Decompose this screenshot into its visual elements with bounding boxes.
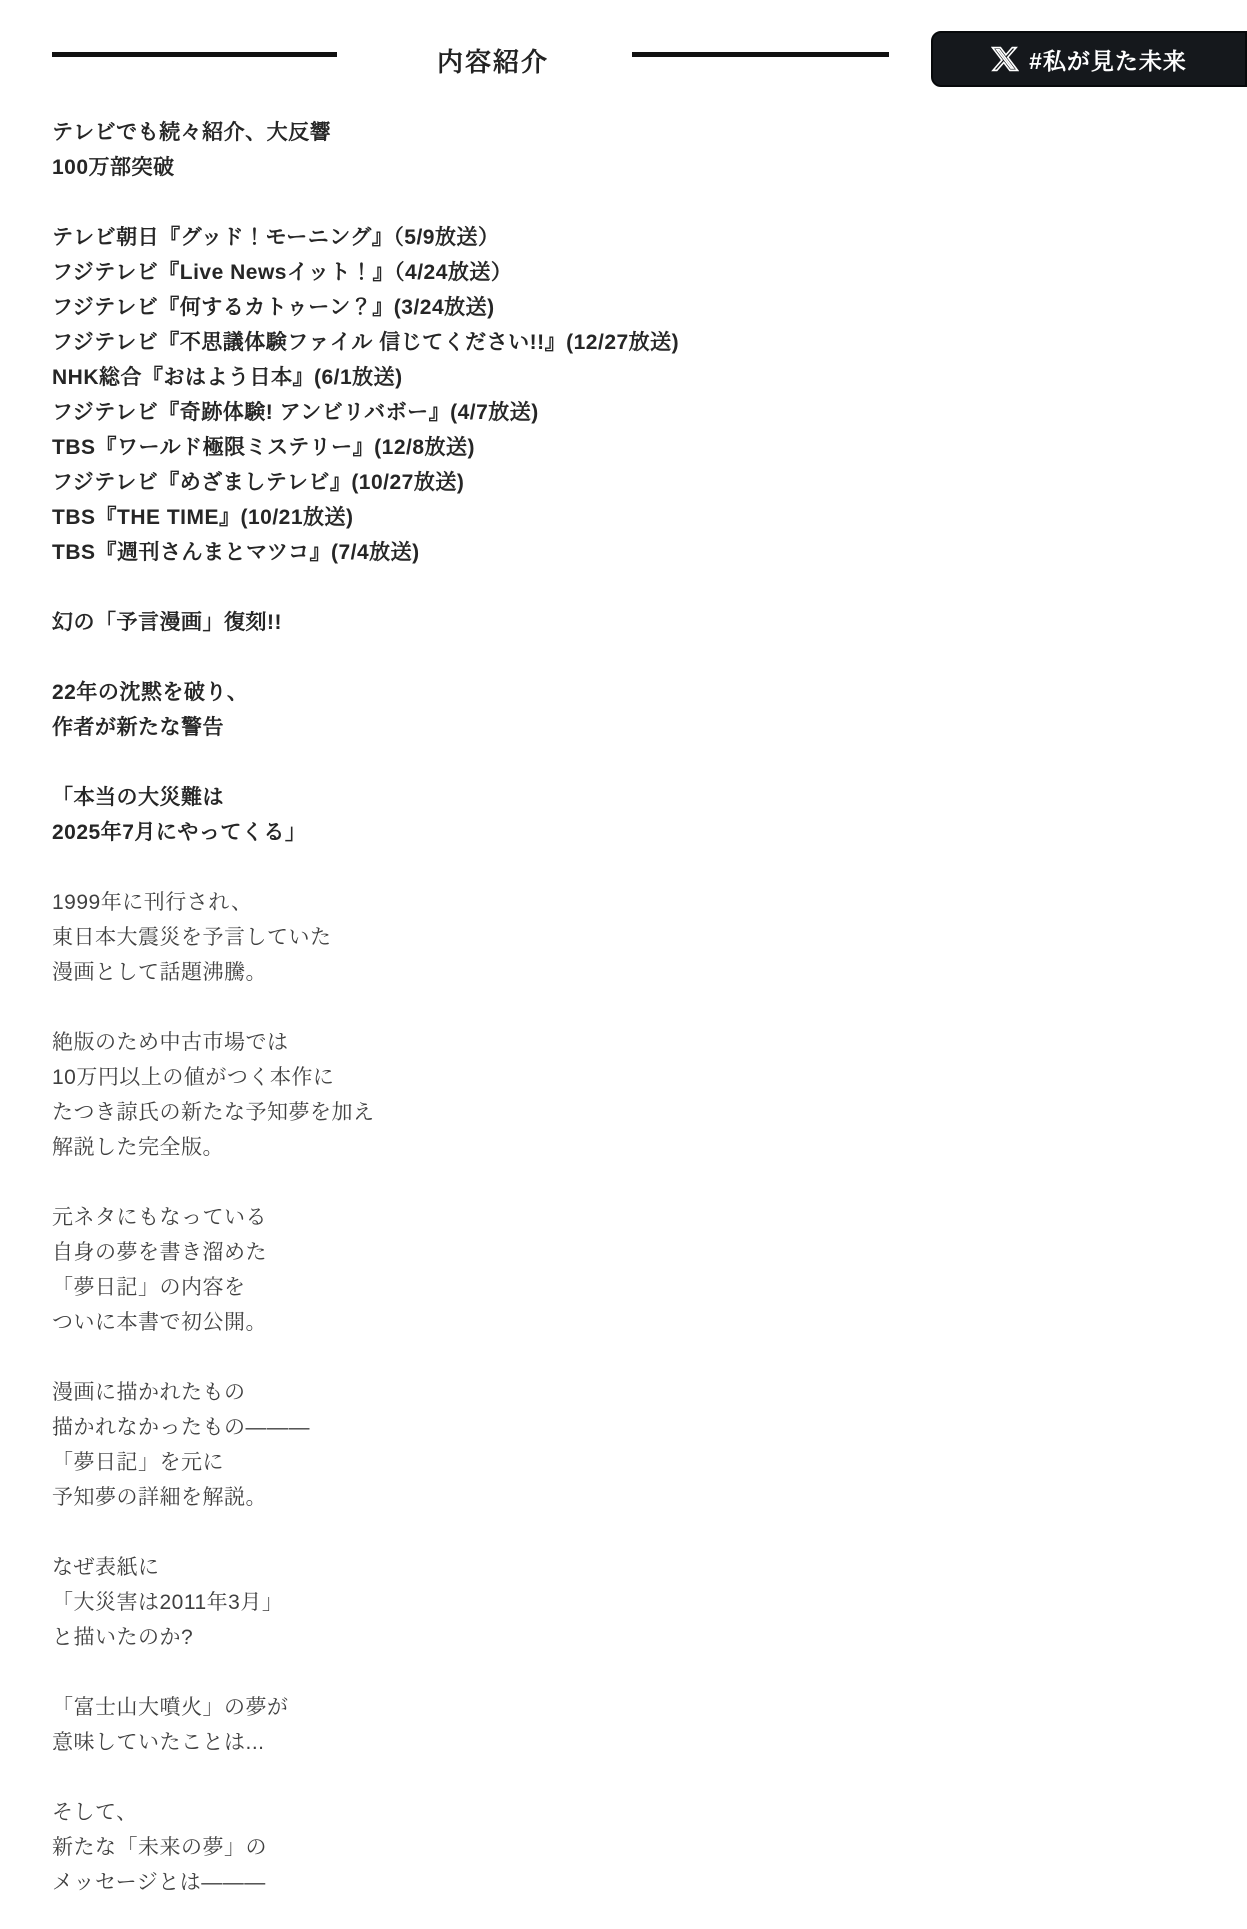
text-line: 作者が新たな警告 — [52, 710, 1247, 745]
text-line: テレビ朝日『グッド！モーニング』（5/9放送） — [52, 220, 1247, 255]
text-line: たつき諒氏の新たな予知夢を加え — [52, 1095, 1247, 1130]
hashtag-badge-button[interactable]: #私が見た未来 — [931, 31, 1247, 87]
text-line: と描いたのか? — [52, 1620, 1247, 1655]
text-line: フジテレビ『何するカトゥーン？』(3/24放送) — [52, 290, 1247, 325]
text-line: 幻の「予言漫画」復刻!! — [52, 605, 1247, 640]
text-line: ついに本書で初公開。 — [52, 1305, 1247, 1340]
text-line: 22年の沈黙を破り、 — [52, 675, 1247, 710]
paragraph: 元ネタにもなっている自身の夢を書き溜めた「夢日記」の内容をついに本書で初公開。 — [52, 1200, 1247, 1340]
text-line: 「本当の大災難は — [52, 780, 1247, 815]
content-paragraphs: テレビでも続々紹介、大反響100万部突破テレビ朝日『グッド！モーニング』（5/9… — [0, 115, 1247, 1929]
text-line: 「夢日記」を元に — [52, 1445, 1247, 1480]
text-line: 予知夢の詳細を解説。 — [52, 1480, 1247, 1515]
paragraph: 22年の沈黙を破り、作者が新たな警告 — [52, 675, 1247, 745]
x-logo-icon — [991, 45, 1019, 73]
text-line: 解説した完全版。 — [52, 1130, 1247, 1165]
header-rule-left — [52, 52, 337, 57]
text-line: 絶版のため中古市場では — [52, 1025, 1247, 1060]
page: 内容紹介 #私が見た未来 テレビでも続々紹介、大反響100万部突破テレビ朝日『グ… — [0, 0, 1247, 1929]
paragraph: なぜ表紙に「大災害は2011年3月」と描いたのか? — [52, 1550, 1247, 1655]
paragraph: 1999年に刊行され、東日本大震災を予言していた漫画として話題沸騰。 — [52, 885, 1247, 990]
header-rule-right — [632, 52, 889, 57]
text-line: TBS『ワールド極限ミステリー』(12/8放送) — [52, 430, 1247, 465]
paragraph: 漫画に描かれたもの描かれなかったもの―――「夢日記」を元に予知夢の詳細を解説。 — [52, 1375, 1247, 1515]
text-line: TBS『週刊さんまとマツコ』(7/4放送) — [52, 535, 1247, 570]
page-title: 内容紹介 — [437, 42, 549, 79]
text-line: 意味していたことは... — [52, 1725, 1247, 1760]
text-line: 10万円以上の値がつく本作に — [52, 1060, 1247, 1095]
text-line: なぜ表紙に — [52, 1550, 1247, 1585]
text-line: 「大災害は2011年3月」 — [52, 1585, 1247, 1620]
text-line: 1999年に刊行され、 — [52, 885, 1247, 920]
text-line: メッセージとは――― — [52, 1865, 1247, 1900]
text-line: 漫画に描かれたもの — [52, 1375, 1247, 1410]
hashtag-badge-label: #私が見た未来 — [1029, 43, 1187, 76]
paragraph: 絶版のため中古市場では10万円以上の値がつく本作にたつき諒氏の新たな予知夢を加え… — [52, 1025, 1247, 1165]
text-line: フジテレビ『めざましテレビ』(10/27放送) — [52, 465, 1247, 500]
paragraph: 幻の「予言漫画」復刻!! — [52, 605, 1247, 640]
text-line: テレビでも続々紹介、大反響 — [52, 115, 1247, 150]
text-line: フジテレビ『Live Newsイット！』（4/24放送） — [52, 255, 1247, 290]
paragraph: テレビでも続々紹介、大反響100万部突破 — [52, 115, 1247, 185]
text-line: 東日本大震災を予言していた — [52, 920, 1247, 955]
paragraph: 「本当の大災難は2025年7月にやってくる」 — [52, 780, 1247, 850]
text-line: 新たな「未来の夢」の — [52, 1830, 1247, 1865]
text-line: 2025年7月にやってくる」 — [52, 815, 1247, 850]
text-line: フジテレビ『不思議体験ファイル 信じてください!!』(12/27放送) — [52, 325, 1247, 360]
paragraph: そして、新たな「未来の夢」のメッセージとは――― — [52, 1795, 1247, 1900]
text-line: TBS『THE TIME』(10/21放送) — [52, 500, 1247, 535]
paragraph: テレビ朝日『グッド！モーニング』（5/9放送）フジテレビ『Live Newsイッ… — [52, 220, 1247, 570]
text-line: フジテレビ『奇跡体験! アンビリバボー』(4/7放送) — [52, 395, 1247, 430]
text-line: NHK総合『おはよう日本』(6/1放送) — [52, 360, 1247, 395]
text-line: 漫画として話題沸騰。 — [52, 955, 1247, 990]
section-header: 内容紹介 #私が見た未来 — [0, 0, 1247, 115]
text-line: そして、 — [52, 1795, 1247, 1830]
text-line: 100万部突破 — [52, 150, 1247, 185]
text-line: 元ネタにもなっている — [52, 1200, 1247, 1235]
paragraph: 「富士山大噴火」の夢が意味していたことは... — [52, 1690, 1247, 1760]
text-line: 「夢日記」の内容を — [52, 1270, 1247, 1305]
text-line: 描かれなかったもの――― — [52, 1410, 1247, 1445]
text-line: 「富士山大噴火」の夢が — [52, 1690, 1247, 1725]
text-line: 自身の夢を書き溜めた — [52, 1235, 1247, 1270]
